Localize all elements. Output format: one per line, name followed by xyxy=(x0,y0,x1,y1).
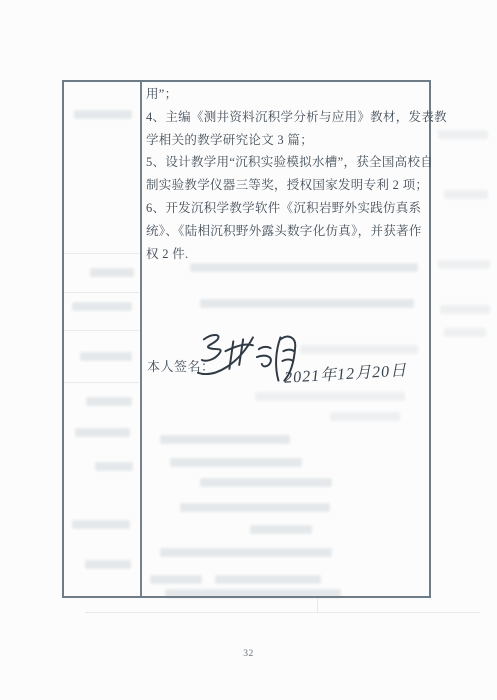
bleedthrough-gridline xyxy=(317,598,318,612)
table-column-divider xyxy=(140,82,142,596)
bleedthrough-mark xyxy=(440,305,490,314)
body-text-line: 5、设计教学用“沉积实验模拟水槽”，获全国高校自 xyxy=(146,151,432,174)
bleedthrough-gridline xyxy=(85,612,480,613)
bleedthrough-mark xyxy=(438,130,488,139)
body-text-line: 用”； xyxy=(146,83,432,106)
body-text-line: 权 2 件. xyxy=(146,243,432,266)
body-text-line: 学相关的教学研究论文 3 篇； xyxy=(146,129,432,152)
bleedthrough-mark xyxy=(438,260,490,269)
page-number: 32 xyxy=(0,649,497,659)
bleedthrough-mark xyxy=(444,328,486,337)
bleedthrough-mark xyxy=(444,190,488,199)
body-text-line: 制实验教学仪器三等奖，授权国家发明专利 2 项； xyxy=(146,174,432,197)
body-text-line: 统》、《陆相沉积野外露头数字化仿真》，并获著作 xyxy=(146,220,432,243)
body-text-line: 4、主编《测井资料沉积学分析与应用》教材，发表教 xyxy=(146,106,432,129)
achievements-text-block: 用”； 4、主编《测井资料沉积学分析与应用》教材，发表教 学相关的教学研究论文 … xyxy=(146,83,432,265)
body-text-line: 6、开发沉积学教学软件《沉积岩野外实践仿真系 xyxy=(146,197,432,220)
scanned-document-page: 用”； 4、主编《测井资料沉积学分析与应用》教材，发表教 学相关的教学研究论文 … xyxy=(0,0,497,700)
